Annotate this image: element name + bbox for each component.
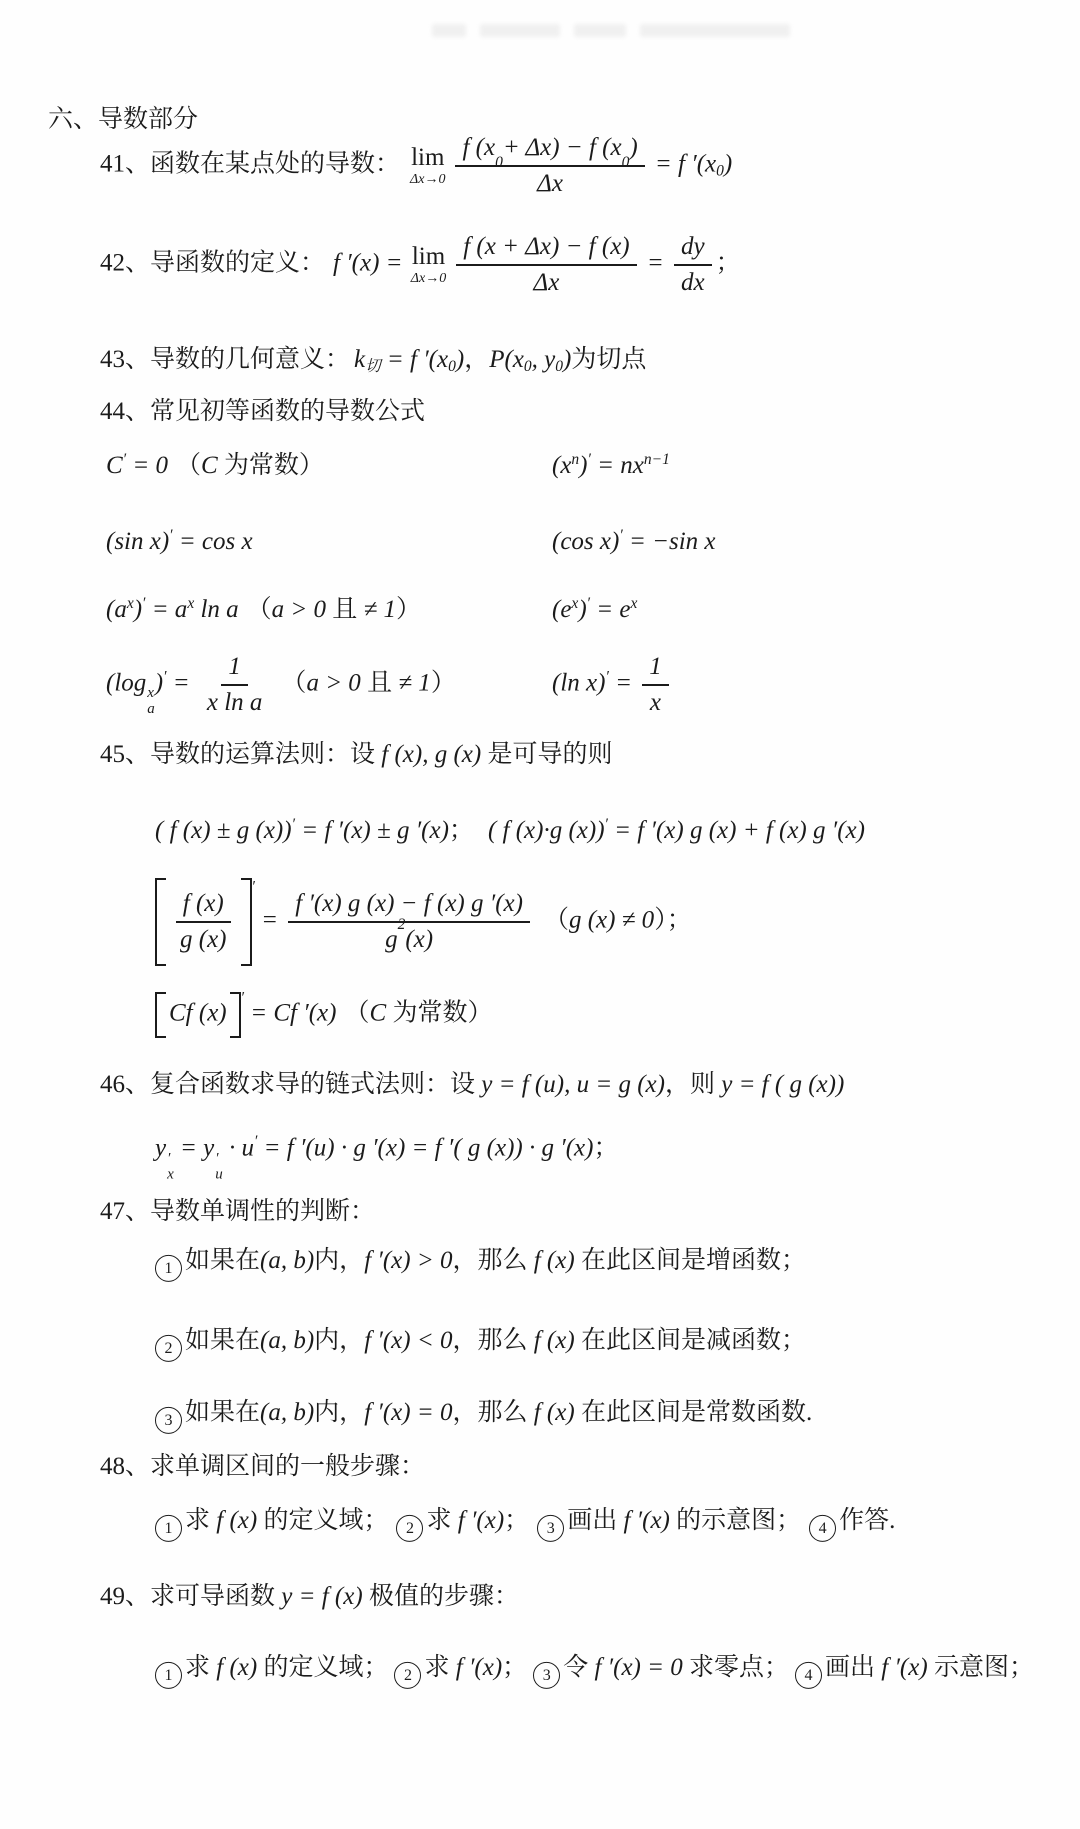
- math-run: (x: [552, 452, 571, 479]
- math-run: (x): [405, 925, 433, 955]
- math-run: k: [354, 346, 365, 373]
- left-bracket: [155, 878, 166, 966]
- f44-ln-rule: (ln x)′ = 1x: [552, 652, 673, 718]
- text-run: 为常数）: [218, 452, 324, 479]
- math-run: = f ′(x) g (x) + f (x) g ′(x): [608, 817, 865, 844]
- math-run: y = f ( g (x)): [721, 1071, 844, 1098]
- math-run: ): [456, 346, 464, 373]
- fraction: f (x0 + Δx) − f (x0)Δx: [455, 133, 644, 199]
- fraction: dydx: [674, 232, 712, 298]
- fraction: f ′(x) g (x) − f (x) g ′(x)g2(x): [288, 889, 530, 955]
- text-run: 在此区间是常数函数.: [575, 1399, 813, 1426]
- math-run: f (x), g (x): [381, 741, 481, 768]
- item-49-heading: 49、求可导函数 y = f (x) 极值的步骤：: [100, 1580, 519, 1614]
- text-run: 求: [426, 1507, 457, 1534]
- math-run: y = f (u), u = g (x): [481, 1071, 665, 1098]
- fraction-numerator: dy: [674, 232, 712, 266]
- limit-operator: limΔx→0: [411, 244, 446, 286]
- f47-constant-case: 3如果在(a, b)内，f ′(x) = 0，那么 f (x) 在此区间是常数函…: [155, 1396, 812, 1434]
- fraction-numerator: 1: [221, 652, 248, 686]
- f47-decreasing-case: 2如果在(a, b)内，f ′(x) < 0，那么 f (x) 在此区间是减函数…: [155, 1324, 806, 1362]
- text-run: ，那么: [452, 1247, 533, 1274]
- f44-sin-rule: (sin x)′ = cos x: [106, 525, 253, 559]
- f44-constant-rule: C′ = 0（C 为常数）: [106, 449, 324, 483]
- math-run: P(x: [489, 346, 524, 373]
- sup-sub-stack: ′u: [215, 1151, 223, 1183]
- item-48-heading: 48、求单调区间的一般步骤：: [100, 1450, 425, 1484]
- stack-top: ′: [167, 1151, 170, 1167]
- fraction-numerator: f (x + Δx) − f (x): [456, 232, 636, 266]
- document-page: 六、导数部分41、函数在某点处的导数：limΔx→0f (x0 + Δx) − …: [0, 0, 1080, 1829]
- f45-quotient-rule: f (x)g (x)′ = f ′(x) g (x) − f (x) g ′(x…: [155, 878, 692, 966]
- stack-bottom: u: [215, 1167, 223, 1183]
- text-run: 如果在: [185, 1327, 260, 1354]
- text-run: ，: [464, 346, 489, 373]
- fraction-denominator: Δx: [530, 167, 570, 199]
- circled-step-number: 4: [795, 1662, 822, 1689]
- math-run: ≠ 1: [357, 596, 396, 623]
- item-47-monotonicity-heading: 47、导数单调性的判断：: [100, 1195, 375, 1229]
- fraction: 1x ln a: [200, 652, 270, 718]
- text-run: 示意图；: [928, 1654, 1034, 1681]
- text-run: ）: [431, 670, 456, 697]
- text-run: ；: [593, 1134, 618, 1161]
- math-run: f ′(x) =: [333, 250, 409, 277]
- text-run: 内，: [314, 1399, 364, 1426]
- text-run: ，那么: [452, 1327, 533, 1354]
- circled-step-number: 2: [394, 1662, 421, 1689]
- math-run: = 0: [126, 452, 168, 479]
- fraction: f (x + Δx) − f (x)Δx: [456, 232, 636, 298]
- math-run: ): [579, 452, 587, 479]
- text-run: ）: [396, 596, 421, 623]
- item-41-derivative-at-point: 41、函数在某点处的导数：limΔx→0f (x0 + Δx) − f (x0)…: [100, 133, 732, 199]
- text-run: ，则: [665, 1071, 721, 1098]
- math-run: f ′(x) = 0: [364, 1399, 452, 1426]
- math-run: ≠ 1: [392, 670, 431, 697]
- text-run: 在此区间是增函数；: [575, 1247, 806, 1274]
- math-run: f ′(x): [458, 1507, 504, 1534]
- circled-step-number: 1: [155, 1662, 182, 1689]
- text-run: 在此区间是减函数；: [575, 1327, 806, 1354]
- math-run: C: [106, 452, 123, 479]
- watermark: [432, 24, 790, 37]
- text-run: 且: [326, 596, 357, 623]
- circled-step-number: 4: [809, 1515, 836, 1542]
- f44-power-rule: (xn)′ = nxn−1: [552, 449, 670, 483]
- math-run: f ′(x) < 0: [364, 1327, 452, 1354]
- math-run: =: [609, 670, 638, 697]
- text-run: 44、常见初等函数的导数公式: [100, 398, 425, 425]
- sup-sub-stack: ′x: [167, 1151, 174, 1183]
- math-run: = f ′(x: [381, 346, 448, 373]
- sup-sub-stack: xa: [147, 686, 155, 718]
- subscript: 0: [448, 358, 456, 375]
- section-title: 六、导数部分: [48, 103, 198, 137]
- f44-log-rule: (logxa)′ = 1x ln a（a > 0 且 ≠ 1）: [106, 652, 456, 718]
- text-run: 49、求可导函数: [100, 1583, 281, 1610]
- math-run: f (x): [534, 1327, 575, 1354]
- text-run: （: [176, 452, 201, 479]
- math-run: (sin x): [106, 528, 169, 555]
- math-run: = e: [590, 596, 630, 623]
- circled-step-number: 3: [533, 1662, 560, 1689]
- watermark-smudge: [432, 24, 466, 37]
- math-run: (cos x): [552, 528, 619, 555]
- text-run: 是可导的则: [481, 741, 612, 768]
- fraction-numerator: 1: [642, 652, 669, 686]
- math-run: x: [650, 688, 661, 718]
- math-run: =: [167, 670, 196, 697]
- text-run: 42、导函数的定义：: [100, 250, 325, 277]
- math-run: g: [385, 925, 398, 955]
- watermark-smudge: [640, 24, 790, 37]
- math-run: = Cf ′(x): [244, 1000, 336, 1027]
- math-run: ( f (x) ± g (x)): [155, 817, 292, 844]
- math-run: f ′(x): [881, 1654, 927, 1681]
- math-run: a > 0: [272, 596, 326, 623]
- limit-label: lim: [412, 244, 445, 269]
- item-44-heading: 44、常见初等函数的导数公式: [100, 395, 425, 429]
- circled-step-number: 3: [155, 1407, 182, 1434]
- text-run: 内，: [314, 1327, 364, 1354]
- math-run: ( f (x)·g (x)): [488, 817, 605, 844]
- fraction-numerator: f ′(x) g (x) − f (x) g ′(x): [288, 889, 530, 923]
- f49-steps: 1求 f (x) 的定义域；2求 f ′(x)；3令 f ′(x) = 0 求零…: [155, 1651, 1034, 1689]
- superscript: n−1: [644, 451, 670, 468]
- math-run: (a, b): [260, 1399, 314, 1426]
- subscript: 0: [716, 163, 724, 180]
- math-run: f (x): [534, 1399, 575, 1426]
- text-run: 求: [185, 1654, 216, 1681]
- text-run: 为切点: [571, 346, 646, 373]
- math-run: f (x): [183, 889, 224, 919]
- math-run: y = f (x): [281, 1583, 362, 1610]
- f45-constant-multiple-rule: Cf (x)′ = Cf ′(x)（C 为常数）: [155, 992, 492, 1038]
- math-run: =: [641, 250, 670, 277]
- math-run: ln a: [194, 596, 238, 623]
- stack-top: ′: [215, 1151, 218, 1167]
- math-run: ): [629, 133, 637, 163]
- circled-step-number: 3: [537, 1515, 564, 1542]
- text-run: 如果在: [185, 1247, 260, 1274]
- stack-bottom: x: [167, 1167, 174, 1183]
- text-run: 求: [424, 1654, 455, 1681]
- text-run: 47、导数单调性的判断：: [100, 1198, 375, 1225]
- limit-operator: limΔx→0: [410, 145, 445, 187]
- circled-step-number: 2: [155, 1335, 182, 1362]
- circled-step-number: 2: [396, 1515, 423, 1542]
- subscript: 切: [365, 358, 381, 375]
- superscript: x: [127, 595, 134, 612]
- math-run: f (x: [462, 133, 495, 163]
- math-run: 1: [228, 652, 241, 682]
- text-run: 令: [563, 1654, 594, 1681]
- right-bracket: [241, 878, 252, 966]
- math-run: g (x) ≠ 0: [569, 907, 654, 934]
- math-run: · u: [223, 1134, 254, 1161]
- item-46-chain-rule-heading: 46、复合函数求导的链式法则：设 y = f (u), u = g (x)，则 …: [100, 1068, 844, 1102]
- math-run: ): [578, 596, 586, 623]
- text-run: （: [544, 907, 569, 934]
- math-run: (a, b): [260, 1327, 314, 1354]
- watermark-smudge: [480, 24, 560, 37]
- fraction-denominator: g2(x): [378, 923, 440, 955]
- math-run: g (x): [180, 925, 227, 955]
- math-run: ): [724, 151, 732, 178]
- text-run: 如果在: [185, 1399, 260, 1426]
- text-run: 46、复合函数求导的链式法则：设: [100, 1071, 481, 1098]
- text-run: 画出: [567, 1507, 623, 1534]
- right-bracket: [230, 992, 241, 1038]
- limit-subscript: Δx→0: [410, 173, 445, 187]
- text-run: 求: [185, 1507, 216, 1534]
- f44-exp-a-rule: (ax)′ = ax ln a（a > 0 且 ≠ 1）: [106, 593, 421, 627]
- limit-subscript: Δx→0: [411, 272, 446, 286]
- math-run: (e: [552, 596, 571, 623]
- text-run: （: [281, 670, 306, 697]
- text-run: （: [247, 596, 272, 623]
- fraction-numerator: f (x): [176, 889, 231, 923]
- math-run: = nx: [591, 452, 644, 479]
- circled-step-number: 1: [155, 1255, 182, 1282]
- watermark-smudge: [574, 24, 626, 37]
- stack-bottom: a: [147, 702, 155, 718]
- math-run: = a: [145, 596, 187, 623]
- text-run: ；: [504, 1507, 529, 1534]
- math-run: y: [155, 1134, 166, 1161]
- text-run: 43、导数的几何意义：: [100, 346, 350, 373]
- subscript: 0: [524, 358, 532, 375]
- math-run: dx: [681, 268, 705, 298]
- fraction-denominator: dx: [674, 266, 712, 298]
- math-run: (a: [106, 596, 127, 623]
- math-run: C: [370, 1000, 387, 1027]
- math-run: Cf (x): [169, 1000, 227, 1027]
- math-run: = y: [174, 1134, 214, 1161]
- stack-top: x: [147, 686, 154, 702]
- text-run: 内，: [314, 1247, 364, 1274]
- f47-increasing-case: 1如果在(a, b)内，f ′(x) > 0，那么 f (x) 在此区间是增函数…: [155, 1244, 806, 1282]
- math-run: Δx: [537, 169, 563, 199]
- item-42-derivative-function-definition: 42、导函数的定义：f ′(x) = limΔx→0f (x + Δx) − f…: [100, 232, 741, 298]
- text-run: 41、函数在某点处的导数：: [100, 151, 400, 178]
- math-run: (log: [106, 670, 146, 697]
- math-run: = −sin x: [623, 528, 716, 555]
- math-run: = f ′(x) ± g ′(x): [295, 817, 449, 844]
- f44-exp-e-rule: (ex)′ = ex: [552, 593, 637, 627]
- text-run: 45、导数的运算法则：设: [100, 741, 381, 768]
- fraction: 1x: [642, 652, 669, 718]
- math-run: f (x): [534, 1247, 575, 1274]
- fraction: f (x)g (x): [173, 889, 234, 955]
- text-run: ；: [449, 817, 474, 844]
- math-run: f ′(x): [456, 1654, 502, 1681]
- math-run: = cos x: [173, 528, 253, 555]
- item-45-heading: 45、导数的运算法则：设 f (x), g (x) 是可导的则: [100, 738, 612, 772]
- math-run: + Δx) − f (x: [503, 133, 622, 163]
- math-run: , y: [532, 346, 556, 373]
- limit-label: lim: [411, 145, 444, 170]
- text-run: 画出: [825, 1654, 881, 1681]
- text-run: ；: [716, 250, 741, 277]
- fraction-denominator: Δx: [527, 266, 567, 298]
- math-run: f ′(x) g (x) − f (x) g ′(x): [295, 889, 523, 919]
- math-run: f ′(x): [623, 1507, 669, 1534]
- text-run: 六、导数部分: [48, 106, 198, 133]
- text-run: 的定义域；: [257, 1654, 388, 1681]
- text-run: 为常数）: [386, 1000, 492, 1027]
- circled-step-number: 1: [155, 1515, 182, 1542]
- text-run: 作答.: [839, 1507, 895, 1534]
- text-run: 且: [361, 670, 392, 697]
- math-run: = f ′(x: [649, 151, 716, 178]
- f44-cos-rule: (cos x)′ = −sin x: [552, 525, 715, 559]
- math-run: dy: [681, 232, 705, 262]
- math-run: (ln x): [552, 670, 605, 697]
- math-run: ): [155, 670, 163, 697]
- text-run: ；: [502, 1654, 527, 1681]
- f48-steps: 1求 f (x) 的定义域；2求 f ′(x)；3画出 f ′(x) 的示意图；…: [155, 1504, 895, 1542]
- fraction-numerator: f (x0 + Δx) − f (x0): [455, 133, 644, 167]
- left-bracket: [155, 992, 166, 1038]
- math-run: =: [255, 907, 284, 934]
- text-run: ）；: [654, 907, 692, 934]
- math-run: a > 0: [306, 670, 360, 697]
- math-run: f ′(x) = 0: [594, 1654, 682, 1681]
- text-run: 求零点；: [683, 1654, 789, 1681]
- math-run: = f ′(u) · g ′(x) = f ′( g (x)) · g ′(x): [257, 1134, 593, 1161]
- math-run: f (x): [216, 1507, 257, 1534]
- f46-chain-rule: y′x = y′u · u′ = f ′(u) · g ′(x) = f ′( …: [155, 1131, 618, 1182]
- text-run: 的示意图；: [670, 1507, 801, 1534]
- math-run: f (x): [216, 1654, 257, 1681]
- math-run: ): [134, 596, 142, 623]
- math-run: f (x + Δx) − f (x): [463, 232, 629, 262]
- text-run: 48、求单调区间的一般步骤：: [100, 1453, 425, 1480]
- fraction-denominator: x: [643, 686, 668, 718]
- math-run: (a, b): [260, 1247, 314, 1274]
- subscript: 0: [555, 358, 563, 375]
- text-run: （: [344, 1000, 369, 1027]
- text-run: 极值的步骤：: [363, 1583, 519, 1610]
- math-run: Δx: [534, 268, 560, 298]
- math-run: C: [201, 452, 218, 479]
- f45-sum-and-product-rules: ( f (x) ± g (x))′ = f ′(x) ± g ′(x)；( f …: [155, 814, 865, 848]
- math-run: f ′(x) > 0: [364, 1247, 452, 1274]
- superscript: ′: [252, 879, 255, 896]
- fraction-denominator: g (x): [173, 923, 234, 955]
- text-run: ，那么: [452, 1399, 533, 1426]
- item-43-geometric-meaning: 43、导数的几何意义：k切 = f ′(x0)，P(x0, y0)为切点: [100, 343, 646, 377]
- superscript: x: [631, 595, 638, 612]
- math-run: x ln a: [207, 688, 263, 718]
- superscript: n: [571, 451, 579, 468]
- math-run: 1: [649, 652, 662, 682]
- text-run: 的定义域；: [257, 1507, 388, 1534]
- fraction-denominator: x ln a: [200, 686, 270, 718]
